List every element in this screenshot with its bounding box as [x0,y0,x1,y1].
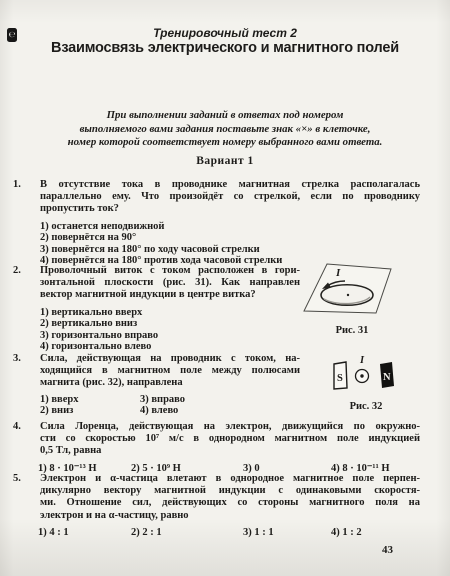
question-2: 2. Проволочный виток с током расположен … [0,265,450,353]
current-loop-diagram: I [300,263,404,317]
current-dot [360,374,363,377]
test-pretitle: Тренировочный тест 2 [0,26,450,40]
answer-option: 4) горизонтально влево [40,341,300,353]
question-4: 4. Сила Лоренца, действующая на электрон… [0,421,450,474]
answer-option: 3) 1 : 1 [243,527,331,539]
answer-option: 1) вертикально вверх [40,307,300,319]
question-5: 5. Электрон и α-частица влетают в одноро… [0,473,450,538]
loop-center-dot [347,294,349,296]
question-text-line: дикулярно вектору магнитной индукции с о… [40,485,420,497]
question-text-line: магнита (рис. 32), направлена [40,377,300,389]
question-text-line: В отсутствие тока в проводнике магнитная… [40,179,420,191]
figure-caption: Рис. 31 [300,325,404,336]
question-text-line: электрон и на α-частицу, равно [40,510,420,522]
question-number: 1. [13,179,21,190]
question-1: 1. В отсутствие тока в проводнике магнит… [0,179,450,267]
figure-32: S I N Рис. 32 [328,354,404,412]
question-text-line: Проволочный виток с током расположен в г… [40,265,300,277]
question-text-line: Сила, действующая на проводник с током, … [40,353,300,365]
question-text-line: пропустить ток? [40,203,420,215]
answer-option: 4) 1 : 2 [331,527,420,539]
current-label: I [359,355,365,366]
page-number: 43 [382,544,393,556]
magnet-poles-diagram: S I N [328,354,404,399]
page-title: Взаимосвязь электрического и магнитного … [0,40,450,56]
figure-caption: Рис. 32 [328,401,404,412]
question-text-line: зонтальной плоскости (рис. 31). Как напр… [40,277,300,289]
question-text-line: ми. Отношение сил, действующих со сторон… [40,497,420,509]
answer-option: 2) повернётся на 90° [40,232,420,244]
answer-option: 2) 2 : 1 [131,527,243,539]
answer-option: 1) останется неподвижной [40,221,420,233]
variant-heading: Вариант 1 [0,155,450,167]
question-text-line: параллельно ему. Что произойдёт со стрел… [40,191,420,203]
question-text-line: Сила Лоренца, действующая на электрон, д… [40,421,420,433]
answer-option: 3) вправо [140,394,300,406]
instruction-note: При выполнении заданий в ответах под ном… [20,109,430,150]
question-number: 4. [13,421,21,432]
instruction-line: При выполнении заданий в ответах под ном… [20,109,430,123]
question-3: 3. Сила, действующая на проводник с токо… [0,353,450,417]
answer-option: 2) вниз [40,405,140,417]
figure-31: I Рис. 31 [300,263,404,336]
instruction-line: выполняемого вами задания поставьте знак… [20,123,430,137]
instruction-line: номер которой соответствует номеру выбра… [20,136,430,150]
question-number: 3. [13,353,21,364]
answer-option: 2) вертикально вниз [40,318,300,330]
north-pole-label: N [383,372,391,383]
scanned-test-page: ℮ Тренировочный тест 2 Взаимосвязь элект… [0,0,450,576]
answer-option: 4) влево [140,405,300,417]
question-number: 2. [13,265,21,276]
answer-option: 1) вверх [40,394,140,406]
question-text-line: сти со скоростью 10⁷ м/с в однородном ма… [40,433,420,445]
question-number: 5. [13,473,21,484]
question-text-line: Электрон и α-частица влетают в однородно… [40,473,420,485]
question-text-line: вектор магнитной индукции в центре витка… [40,289,300,301]
answer-option: 3) повернётся на 180° по ходу часовой ст… [40,244,420,256]
current-label: I [335,267,341,279]
question-text-line: 0,5 Тл, равна [40,445,420,457]
question-text-line: ходящийся в магнитном поле между полюсам… [40,365,300,377]
answer-option: 3) горизонтально вправо [40,330,300,342]
answer-option: 1) 4 : 1 [38,527,131,539]
south-pole-label: S [337,373,343,384]
